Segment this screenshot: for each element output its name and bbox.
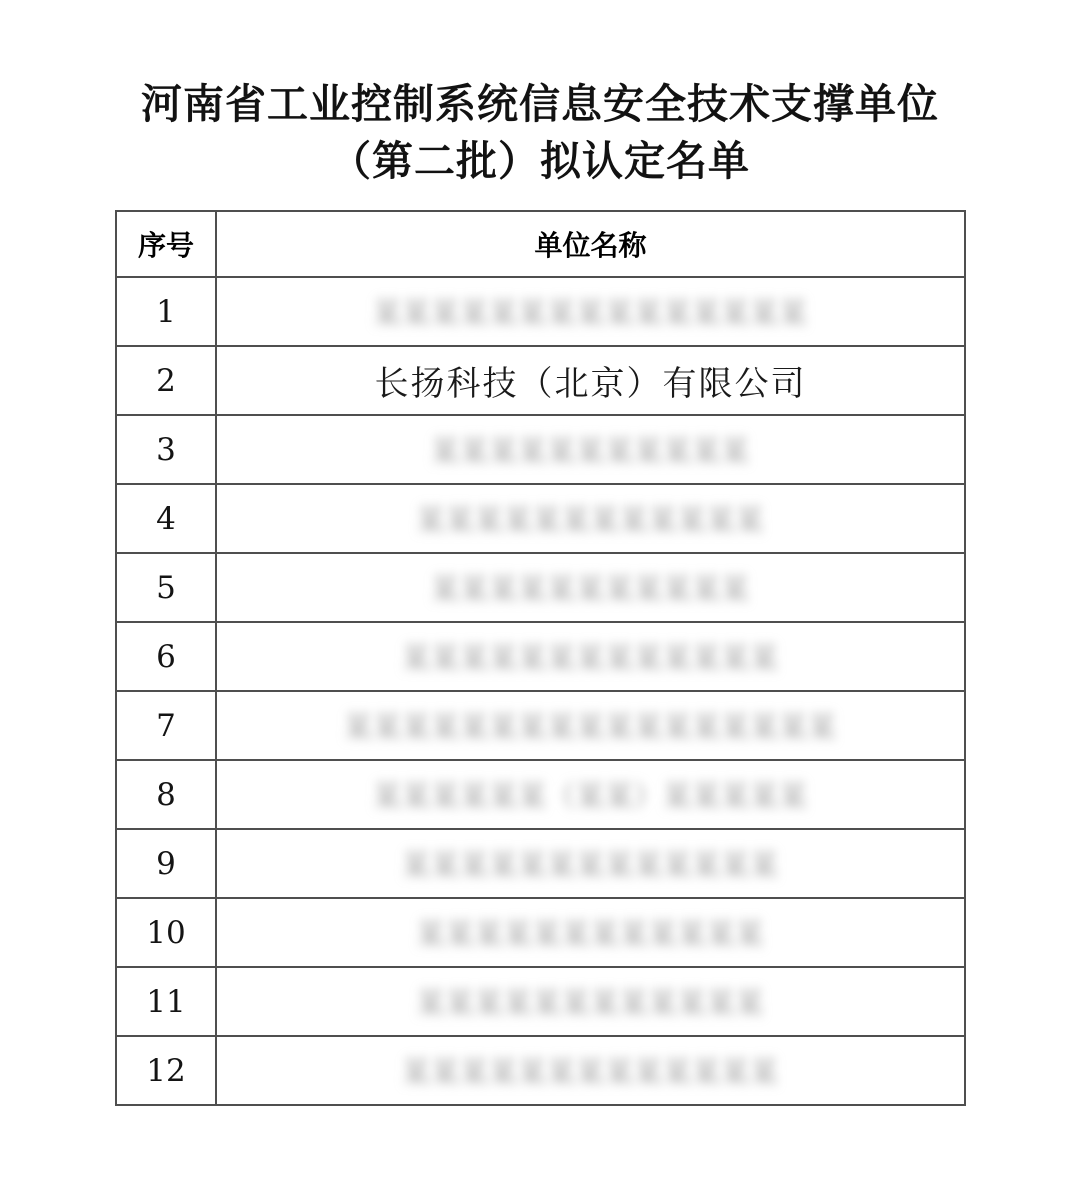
units-table: 序号 单位名称 1某某某某某某某某某某某某某某某2长扬科技（北京）有限公司3某某… <box>115 210 966 1106</box>
redacted-unit-name: 某某某某某某某某某某某某某某某某某 <box>344 705 837 747</box>
table-row: 6某某某某某某某某某某某某某 <box>116 622 965 691</box>
unit-name-cell: 某某某某某某某某某某某某某 <box>216 622 965 691</box>
table-row: 4某某某某某某某某某某某某 <box>116 484 965 553</box>
unit-name-cell: 某某某某某某某某某某某某某某某某某 <box>216 691 965 760</box>
unit-name-cell: 某某某某某某某某某某某某某 <box>216 829 965 898</box>
document-title-line-2: （第二批）拟认定名单 <box>0 133 1080 190</box>
redacted-unit-name: 某某某某某某某某某某某某 <box>416 981 764 1023</box>
unit-name-cell: 长扬科技（北京）有限公司 <box>216 346 965 415</box>
redacted-unit-name: 某某某某某某某某某某某某某 <box>402 1050 779 1092</box>
table-row: 3某某某某某某某某某某某 <box>116 415 965 484</box>
unit-name-text: 长扬科技（北京）有限公司 <box>375 364 807 404</box>
row-number-cell: 12 <box>116 1036 216 1105</box>
unit-name-cell: 某某某某某某某某某某某某某某某 <box>216 277 965 346</box>
row-number-cell: 5 <box>116 553 216 622</box>
table-row: 7某某某某某某某某某某某某某某某某某 <box>116 691 965 760</box>
unit-name-cell: 某某某某某某某某某某某某 <box>216 898 965 967</box>
row-number-cell: 10 <box>116 898 216 967</box>
table-row: 1某某某某某某某某某某某某某某某 <box>116 277 965 346</box>
row-number-cell: 3 <box>116 415 216 484</box>
redacted-unit-name: 某某某某某某某某某某某某 <box>416 498 764 540</box>
row-number-cell: 1 <box>116 277 216 346</box>
row-number-cell: 7 <box>116 691 216 760</box>
units-table-body: 1某某某某某某某某某某某某某某某2长扬科技（北京）有限公司3某某某某某某某某某某… <box>116 277 965 1105</box>
redacted-unit-name: 某某某某某某某某某某某某 <box>416 912 764 954</box>
document-title: 河南省工业控制系统信息安全技术支撑单位 （第二批）拟认定名单 <box>0 76 1080 190</box>
redacted-unit-name: 某某某某某某（某某）某某某某某 <box>373 774 808 816</box>
table-row: 11某某某某某某某某某某某某 <box>116 967 965 1036</box>
redacted-unit-name: 某某某某某某某某某某某 <box>431 567 750 609</box>
unit-name-cell: 某某某某某某某某某某某某 <box>216 484 965 553</box>
redacted-unit-name: 某某某某某某某某某某某某某某某 <box>373 291 808 333</box>
redacted-unit-name: 某某某某某某某某某某某某某 <box>402 843 779 885</box>
table-row: 12某某某某某某某某某某某某某 <box>116 1036 965 1105</box>
header-cell-no: 序号 <box>116 211 216 277</box>
row-number-cell: 9 <box>116 829 216 898</box>
redacted-unit-name: 某某某某某某某某某某某 <box>431 429 750 471</box>
table-row: 2长扬科技（北京）有限公司 <box>116 346 965 415</box>
table-row: 10某某某某某某某某某某某某 <box>116 898 965 967</box>
row-number-cell: 11 <box>116 967 216 1036</box>
row-number-cell: 8 <box>116 760 216 829</box>
unit-name-cell: 某某某某某某某某某某某 <box>216 415 965 484</box>
table-row: 8某某某某某某（某某）某某某某某 <box>116 760 965 829</box>
unit-name-cell: 某某某某某某某某某某某某某 <box>216 1036 965 1105</box>
header-cell-name: 单位名称 <box>216 211 965 277</box>
table-header-row: 序号 单位名称 <box>116 211 965 277</box>
table-row: 9某某某某某某某某某某某某某 <box>116 829 965 898</box>
row-number-cell: 4 <box>116 484 216 553</box>
document-page: 河南省工业控制系统信息安全技术支撑单位 （第二批）拟认定名单 序号 单位名称 1… <box>0 0 1080 1195</box>
row-number-cell: 2 <box>116 346 216 415</box>
table-row: 5某某某某某某某某某某某 <box>116 553 965 622</box>
redacted-unit-name: 某某某某某某某某某某某某某 <box>402 636 779 678</box>
row-number-cell: 6 <box>116 622 216 691</box>
unit-name-cell: 某某某某某某（某某）某某某某某 <box>216 760 965 829</box>
unit-name-cell: 某某某某某某某某某某某某 <box>216 967 965 1036</box>
unit-name-cell: 某某某某某某某某某某某 <box>216 553 965 622</box>
document-title-line-1: 河南省工业控制系统信息安全技术支撑单位 <box>0 76 1080 133</box>
